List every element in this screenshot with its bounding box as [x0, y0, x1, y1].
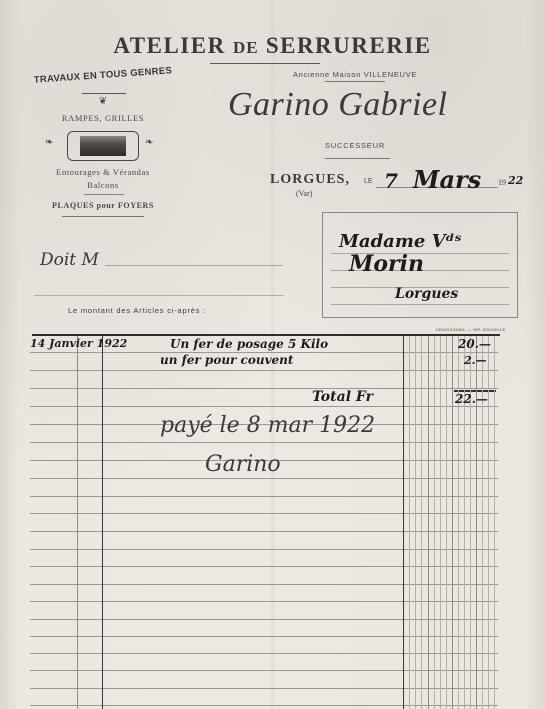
previous-house: Ancienne Maison VILLENEUVE — [255, 70, 455, 79]
doit-line-2 — [34, 295, 284, 296]
row1-description: Un fer de posage 5 Kilo — [170, 337, 328, 351]
department: (Var) — [296, 189, 312, 198]
printer-credit: DRAGUIGNAN, — IMP. NOUVELLE — [436, 328, 505, 332]
invoice-page: ATELIER DE SERRURERIE TRAVAUX EN TOUS GE… — [0, 0, 545, 709]
ledger-col-divider — [77, 336, 78, 709]
title-serrurerie: SERRURERIE — [266, 33, 432, 58]
building-vignette — [67, 131, 139, 161]
flourish-left-icon: ❧ — [45, 137, 53, 148]
ornament-icon: ❦ — [28, 96, 178, 107]
recipient-town: Lorgues — [395, 286, 458, 302]
paid-signature: Garino — [205, 452, 281, 477]
services-plaques: PLAQUES pour FOYERS — [28, 201, 178, 210]
date-month: Mars — [413, 165, 481, 194]
title-atelier: ATELIER — [113, 33, 225, 58]
proprietor-name: Garino Gabriel — [228, 86, 448, 124]
ledger-col-divider — [446, 336, 447, 709]
ledger-col-divider — [428, 336, 429, 709]
total-amount: 22.— — [455, 392, 488, 406]
flourish-right-icon: ❧ — [145, 137, 153, 148]
row2-amount: 2.— — [464, 354, 486, 367]
title-de: DE — [233, 38, 259, 57]
ledger-col-divider — [488, 336, 489, 709]
services-balcons: Balcons — [28, 180, 178, 190]
total-label: Total Fr — [312, 389, 373, 405]
services-divider-2 — [84, 194, 124, 195]
row2-description: un fer pour couvent — [160, 353, 293, 367]
town-name: LORGUES, — [270, 172, 350, 188]
services-entourages: Entourages & Vérandas — [28, 167, 178, 177]
ledger-col-divider — [415, 336, 416, 709]
ledger-col-divider — [494, 336, 495, 709]
ledger-col-divider — [421, 336, 422, 709]
recipient-box: Madame Vᵈˢ Morin Lorgues — [322, 212, 518, 318]
letterhead-title: ATELIER DE SERRURERIE — [0, 33, 545, 59]
anc-underline — [325, 81, 385, 82]
doit-label: Doit M — [40, 250, 99, 270]
ledger-col-divider — [434, 336, 435, 709]
services-rampes-grilles: RAMPES, GRILLES — [28, 113, 178, 123]
ledger-col-divider — [440, 336, 441, 709]
row1-amount: 20.— — [458, 337, 491, 351]
title-underline — [210, 63, 320, 64]
ledger-col-divider — [409, 336, 410, 709]
services-tagline: TRAVAUX EN TOUS GENRES — [28, 65, 178, 86]
successor-label: SUCCESSEUR — [300, 141, 410, 150]
ledger-col-divider — [403, 336, 404, 709]
row1-date: 14 Janvier 1922 — [30, 337, 127, 350]
services-divider-3 — [62, 216, 144, 217]
ledger-col-divider — [452, 336, 453, 709]
ledger-intro: Le montant des Articles ci-après : — [68, 306, 206, 315]
building-image — [80, 136, 126, 156]
date-day: 7 — [384, 169, 398, 193]
doit-line — [105, 265, 283, 266]
date-handwritten: 7 Mars — [384, 165, 481, 194]
year-handwritten: 22 — [508, 174, 523, 187]
le-label: LE — [364, 178, 373, 185]
recipient-title: Madame Vᵈˢ — [339, 231, 462, 252]
recipient-name: Morin — [349, 251, 424, 277]
services-divider — [82, 93, 126, 94]
succ-underline — [325, 158, 390, 159]
paid-note: payé le 8 mar 1922 — [160, 413, 375, 438]
addr-rule — [331, 304, 509, 305]
year-prefix: 19 — [498, 178, 506, 187]
ledger-col-divider — [102, 336, 103, 709]
